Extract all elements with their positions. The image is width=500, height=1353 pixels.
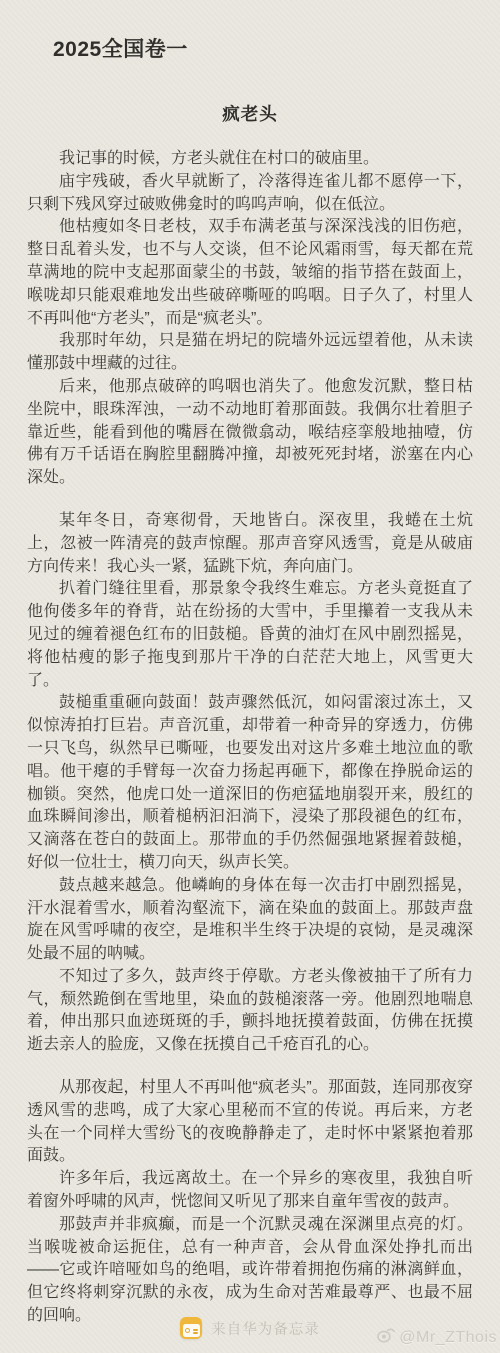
essay-paragraph: 后来，他那点破碎的呜咽也消失了。他愈发沉默，整日枯坐院中，眼珠浑浊，一动不动地盯… [27,376,473,490]
watermark-handle: @Mr_ZThois [399,1329,497,1347]
essay-paragraph: 从那夜起，村里人不再叫他“疯老头”。那面鼓，连同那夜穿透风雪的悲鸣，成了大家心里… [27,1077,473,1168]
essay-paragraph: 扒着门缝往里看，那景象令我终生难忘。方老头竟挺直了他佝偻多年的脊背，站在纷扬的大… [27,578,473,692]
essay-paragraph: 许多年后，我远离故土。在一个异乡的寒夜里，我独自听着窗外呼啸的风声，恍惚间又听见… [27,1168,473,1214]
essay-paragraph: 那鼓声并非疯癫，而是一个沉默灵魂在深渊里点亮的灯。当喉咙被命运扼住，总有一种声音… [27,1214,473,1328]
essay-paragraph: 不知过了多久，鼓声终于停歇。方老头像被抽干了所有力气，颓然跪倒在雪地里，染血的鼓… [27,966,473,1057]
essay-paragraph: 我那时年幼，只是猫在坍圮的院墙外远远望着他，从未读懂那鼓中埋藏的过往。 [27,330,473,376]
note-page: 2025全国卷一 疯老头 我记事的时候，方老头就住在村口的破庙里。 庙宇残破，香… [0,0,500,1353]
essay-paragraph: 我记事的时候，方老头就住在村口的破庙里。 [27,148,473,171]
exam-paper-title: 2025全国卷一 [53,0,500,63]
source-label: 来自华为备忘录 [211,1318,320,1339]
essay-paragraph: 某年冬日，奇寒彻骨，天地皆白。深夜里，我蜷在土炕上，忽被一阵清亮的鼓声惊醒。那声… [27,510,473,578]
essay-paragraph: 庙宇残破，香火早就断了，冷落得连雀儿都不愿停一下，只剩下残风穿过破败佛龛时的呜呜… [27,171,473,217]
notes-icon-line [193,1329,198,1331]
essay-paragraph: 鼓点越来越急。他嶙峋的身体在每一次击打中剧烈摇晃，汗水混着雪水，顺着沟壑流下，滴… [27,875,473,966]
essay-paragraph: 鼓槌重重砸向鼓面！鼓声骤然低沉，如闷雷滚过冻土，又似惊涛拍打巨岩。声音沉重，却带… [27,692,473,874]
weibo-watermark: @Mr_ZThois [376,1327,497,1348]
weibo-icon [376,1327,395,1348]
notes-icon-line [193,1332,198,1334]
essay-body: 我记事的时候，方老头就住在村口的破庙里。 庙宇残破，香火早就断了，冷落得连雀儿都… [0,148,500,1328]
essay-paragraph: 他枯瘦如冬日老枝，双手布满老茧与深深浅浅的旧伤疤，整日乱着头发，也不与人交谈，但… [27,216,473,330]
huawei-notes-icon [180,1317,202,1339]
essay-title: 疯老头 [0,101,500,126]
